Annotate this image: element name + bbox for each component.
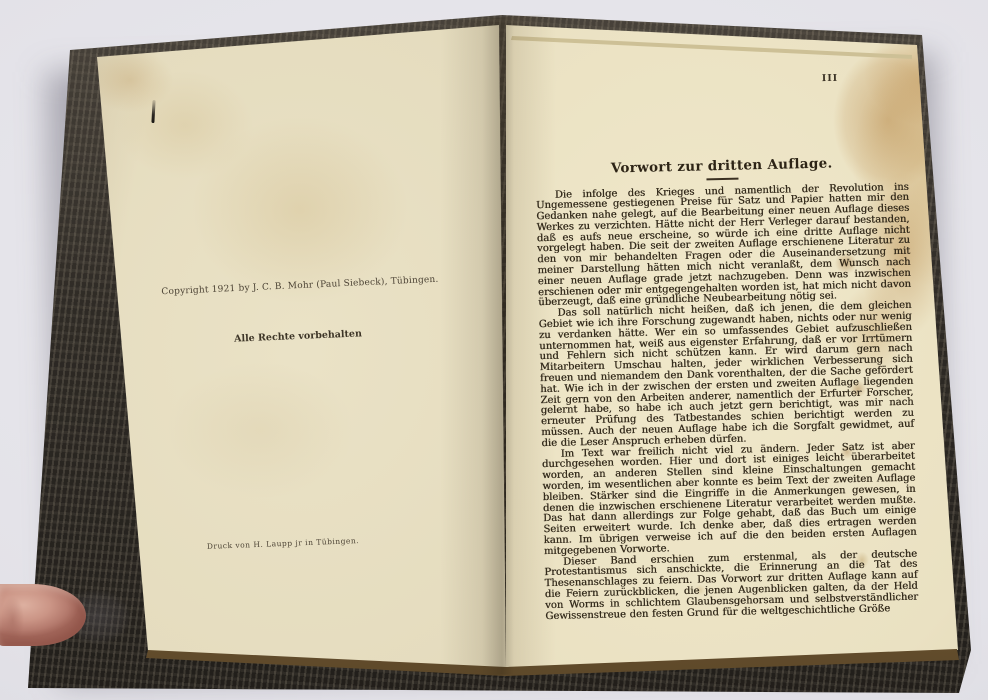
photo-background: Copyright 1921 by J. C. B. Mohr (Paul Si… [0,0,988,700]
preface-paragraph: Dieser Band erschien zum erstenmal, als … [544,549,918,622]
page-number: III [810,73,850,85]
title-divider [706,178,738,180]
preface-paragraph: Die infolge des Krieges und namentlich d… [536,182,912,309]
preface-text-block: Vorwort zur dritten Auflage. Die infolge… [535,154,918,623]
preface-paragraph: Das soll natürlich nicht heißen, daß ich… [538,301,914,450]
preface-paragraph: Im Text war freilich nicht viel zu änder… [542,441,917,557]
